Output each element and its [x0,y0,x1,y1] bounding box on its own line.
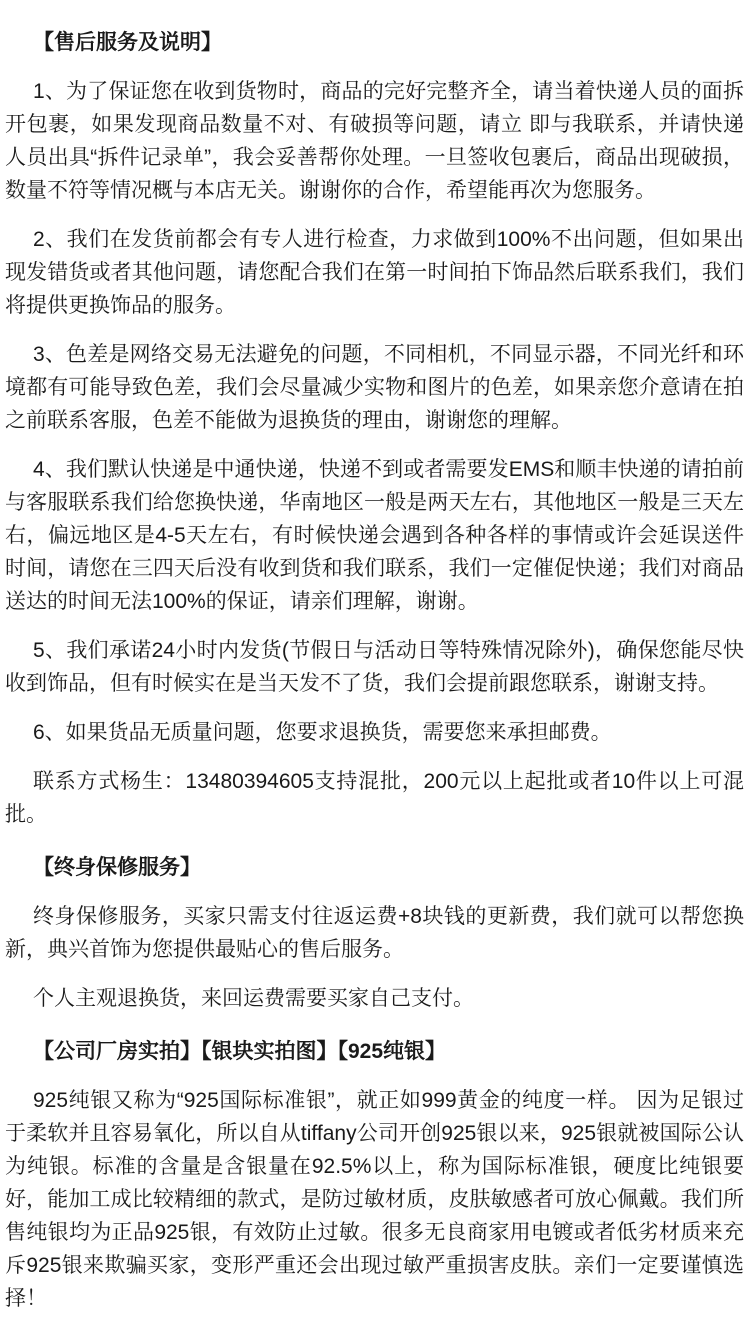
paragraph-6-return-postage: 6、如果货品无质量问题，您要求退换货，需要您来承担邮费。 [5,716,744,749]
after-sales-description-document: 【售后服务及说明】 1、为了保证您在收到货物时，商品的完好完整齐全，请当着快递人… [0,0,750,1335]
paragraph-925-silver-explainer: 925纯银又称为“925国际标准银”，就正如999黄金的纯度一样。 因为足银过于… [5,1084,744,1315]
paragraph-1-package-inspection: 1、为了保证您在收到货物时，商品的完好完整齐全，请当着快递人员的面拆开包裹，如果… [5,75,744,207]
heading-lifetime-warranty: 【终身保修服务】 [5,851,744,884]
heading-factory-silver-925: 【公司厂房实拍】【银块实拍图】【925纯银】 [5,1035,744,1068]
paragraph-subjective-return: 个人主观退换货，来回运费需要买家自己支付。 [5,982,744,1015]
heading-after-sales-service: 【售后服务及说明】 [5,26,744,59]
paragraph-4-courier-policy: 4、我们默认快递是中通快递，快递不到或者需要发EMS和顺丰快递的请拍前与客服联系… [5,453,744,618]
paragraph-3-color-difference: 3、色差是网络交易无法避免的问题，不同相机，不同显示器，不同光纤和环境都有可能导… [5,338,744,437]
paragraph-2-pre-shipping-check: 2、我们在发货前都会有专人进行检查，力求做到100%不出问题，但如果出现发错货或… [5,223,744,322]
paragraph-5-24h-shipping: 5、我们承诺24小时内发货(节假日与活动日等特殊情况除外)，确保您能尽快收到饰品… [5,634,744,700]
paragraph-warranty-details: 终身保修服务，买家只需支付往返运费+8块钱的更新费，我们就可以帮您换新，典兴首饰… [5,900,744,966]
paragraph-contact-wholesale: 联系方式杨生：13480394605支持混批，200元以上起批或者10件以上可混… [5,765,744,831]
